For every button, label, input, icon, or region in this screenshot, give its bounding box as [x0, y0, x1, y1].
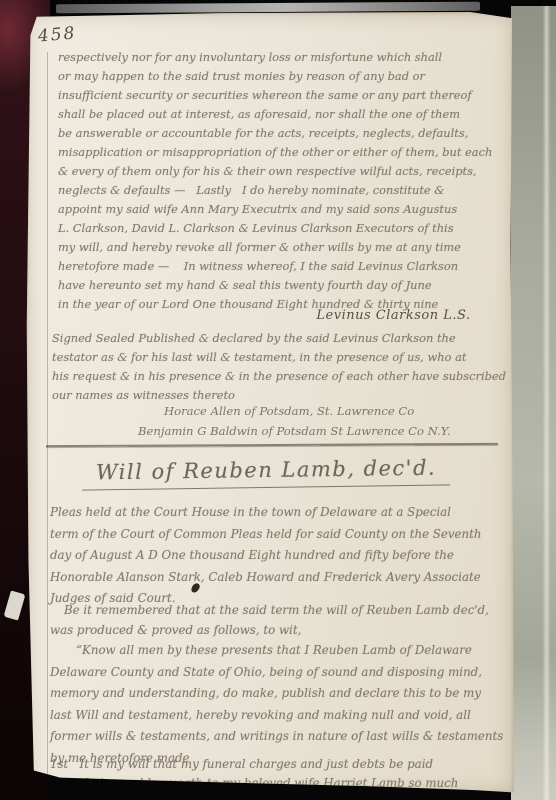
handwritten-line: former wills & testaments, and writings …	[50, 726, 510, 748]
record-entry-paragraph: Be it remembered that at the said term t…	[50, 600, 510, 640]
handwritten-line: neglects & defaults — Lastly I do hereby…	[58, 181, 508, 200]
handwritten-line: our names as witnesses thereto	[52, 386, 510, 405]
handwritten-line: last Will and testament, hereby revoking…	[50, 705, 510, 727]
handwritten-line: misapplication or misappropriation of th…	[58, 143, 508, 162]
clarkson-will-body: respectively nor for any involuntary los…	[58, 48, 508, 314]
will-section-heading-text: Will of Reuben Lamb, dec'd.	[82, 455, 451, 490]
handwritten-line: Delaware County and State of Ohio, being…	[50, 662, 510, 684]
metal-edge-bar	[56, 2, 480, 14]
handwritten-line: L. Clarkson, David L. Clarkson & Levinus…	[58, 219, 508, 238]
handwritten-line: testator as & for his last will & testam…	[52, 348, 510, 367]
attestation-clause: Signed Sealed Published & declared by th…	[52, 329, 510, 405]
plastic-sleeve-edge	[511, 6, 556, 800]
page-number: 458	[37, 23, 77, 46]
handwritten-line: or may happen to the said trust monies b…	[58, 67, 508, 86]
margin-rule-line	[47, 52, 48, 780]
will-section-heading: Will of Reuben Lamb, dec'd.	[56, 458, 476, 488]
handwritten-line: memory and understanding, do make, publi…	[50, 683, 510, 705]
manuscript-page: 458 respectively nor for any involuntary…	[26, 12, 514, 794]
photographed-record-book-page: 458 respectively nor for any involuntary…	[0, 0, 556, 800]
handwritten-line: appoint my said wife Ann Mary Executrix …	[58, 200, 508, 219]
handwritten-line: have hereunto set my hand & seal this tw…	[58, 276, 508, 295]
handwritten-line: Signed Sealed Published & declared by th…	[52, 329, 510, 348]
handwritten-line: was produced & proved as follows, to wit…	[50, 620, 510, 640]
witness-signature-1: Horace Allen of Potsdam, St. Lawrence Co	[164, 404, 414, 418]
witness-signature-2: Benjamin G Baldwin of Potsdam St Lawrenc…	[138, 424, 451, 438]
testator-signature: Levinus Clarkson L.S.	[281, 308, 506, 323]
handwritten-line: day of August A D One thousand Eight hun…	[50, 545, 510, 567]
handwritten-line: Pleas held at the Court House in the tow…	[50, 502, 510, 524]
section-divider-rule	[46, 443, 498, 447]
handwritten-line: Honorable Alanson Stark, Caleb Howard an…	[50, 567, 510, 589]
handwritten-line: & every of them only for his & their own…	[58, 162, 508, 181]
handwritten-line: Be it remembered that at the said term t…	[50, 600, 510, 620]
will-item-clauses: 1st It is my will that my funeral charge…	[50, 755, 510, 793]
handwritten-line: heretofore made — In witness whereof, I …	[58, 257, 508, 276]
handwritten-line: term of the Court of Common Pleas held f…	[50, 524, 510, 546]
handwritten-line: insufficient security or securities wher…	[58, 86, 508, 105]
handwritten-line: shall be placed out at interest, as afor…	[58, 105, 508, 124]
court-session-paragraph: Pleas held at the Court House in the tow…	[50, 502, 510, 610]
handwritten-line: be answerable or accountable for the act…	[58, 124, 508, 143]
handwritten-line: his request & in his presence & in the p…	[52, 367, 510, 386]
handwritten-line: 1st It is my will that my funeral charge…	[50, 755, 510, 774]
handwritten-line: respectively nor for any involuntary los…	[58, 48, 508, 67]
handwritten-line: 2nd I give and bequeath to my beloved wi…	[50, 774, 510, 793]
handwritten-line: “Know all men by these presents that I R…	[50, 640, 510, 662]
handwritten-line: my will, and hereby revoke all former & …	[58, 238, 508, 257]
testament-opening-paragraph: “Know all men by these presents that I R…	[50, 640, 510, 769]
